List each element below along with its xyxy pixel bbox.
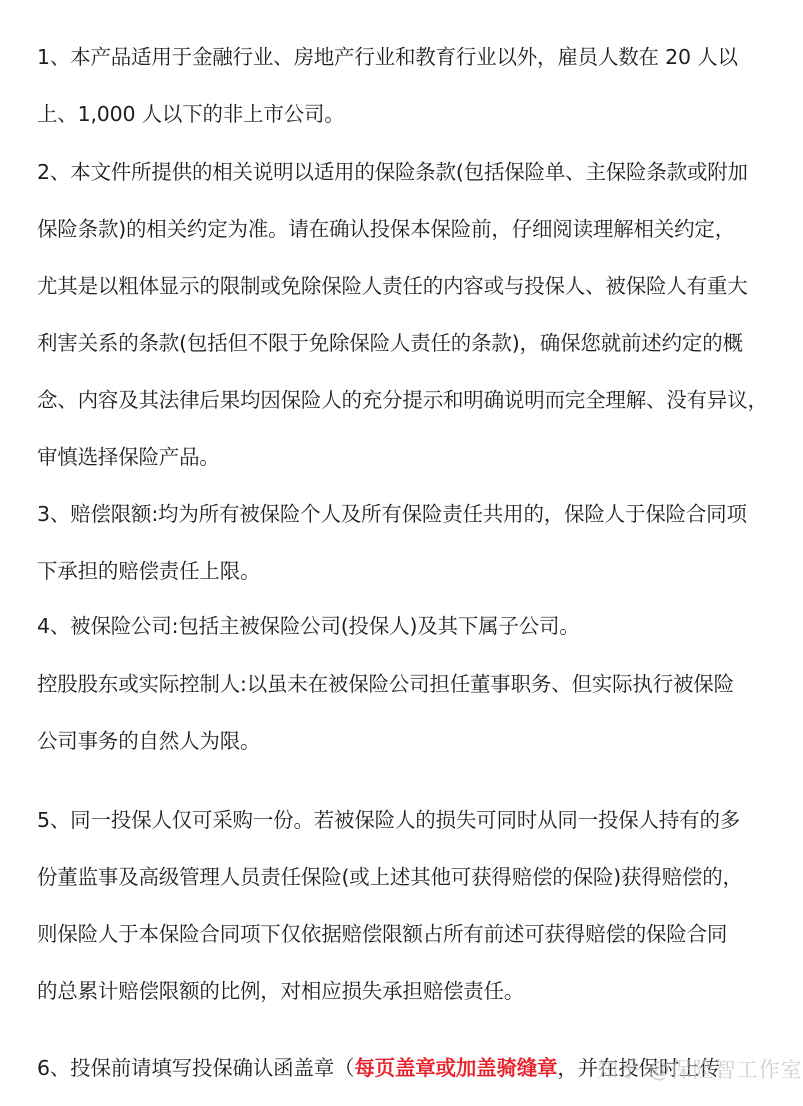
text-line: 2、本文件所提供的相关说明以适用的保险条款(包括保险单、主保险条款或附加 xyxy=(37,158,748,186)
text-line: 念、内容及其法律后果均因保险人的充分提示和明确说明而完全理解、没有异议， xyxy=(37,386,768,414)
item-6-text: 6、投保前请填写投保确认函盖章（ xyxy=(37,1056,354,1080)
text-line: 4、被保险公司:包括主被保险公司(投保人)及其下属子公司。 xyxy=(37,612,580,640)
text-line: 利害关系的条款(包括但不限于免除保险人责任的条款)，确保您就前述约定的概 xyxy=(37,329,743,357)
text-line: 控股股东或实际控制人:以虽未在被保险公司担任董事职务、但实际执行被保险 xyxy=(37,670,734,698)
watermark: 知乎 @保险智工作室 xyxy=(597,1054,803,1084)
text-line: 尤其是以粗体显示的限制或免除保险人责任的内容或与投保人、被保险人有重大 xyxy=(37,272,748,300)
text-line: 上、1,000 人以下的非上市公司。 xyxy=(37,100,345,128)
text-line: 保险条款)的相关约定为准。请在确认投保本保险前，仔细阅读理解相关约定， xyxy=(37,215,735,243)
text-line: 公司事务的自然人为限。 xyxy=(37,727,260,755)
text-line: 则保险人于本保险合同项下仅依据赔偿限额占所有前述可获得赔偿的保险合同 xyxy=(37,920,727,948)
text-line: 的总累计赔偿限额的比例，对相应损失承担赔偿责任。 xyxy=(37,977,524,1005)
text-line: 3、赔偿限额:均为所有被保险个人及所有保险责任共用的，保险人于保险合同项 xyxy=(37,500,747,528)
item-6-highlight: 每页盖章或加盖骑缝章 xyxy=(354,1056,557,1080)
text-line: 审慎选择保险产品。 xyxy=(37,443,220,471)
text-line: 份董监事及高级管理人员责任保险(或上述其他可获得赔偿的保险)获得赔偿的， xyxy=(37,863,743,891)
text-line: 1、本产品适用于金融行业、房地产行业和教育行业以外，雇员人数在 20 人以 xyxy=(37,43,738,71)
text-line: 下承担的赔偿责任上限。 xyxy=(37,557,260,585)
text-line: 5、同一投保人仅可采购一份。若被保险人的损失可同时从同一投保人持有的多 xyxy=(37,806,740,834)
